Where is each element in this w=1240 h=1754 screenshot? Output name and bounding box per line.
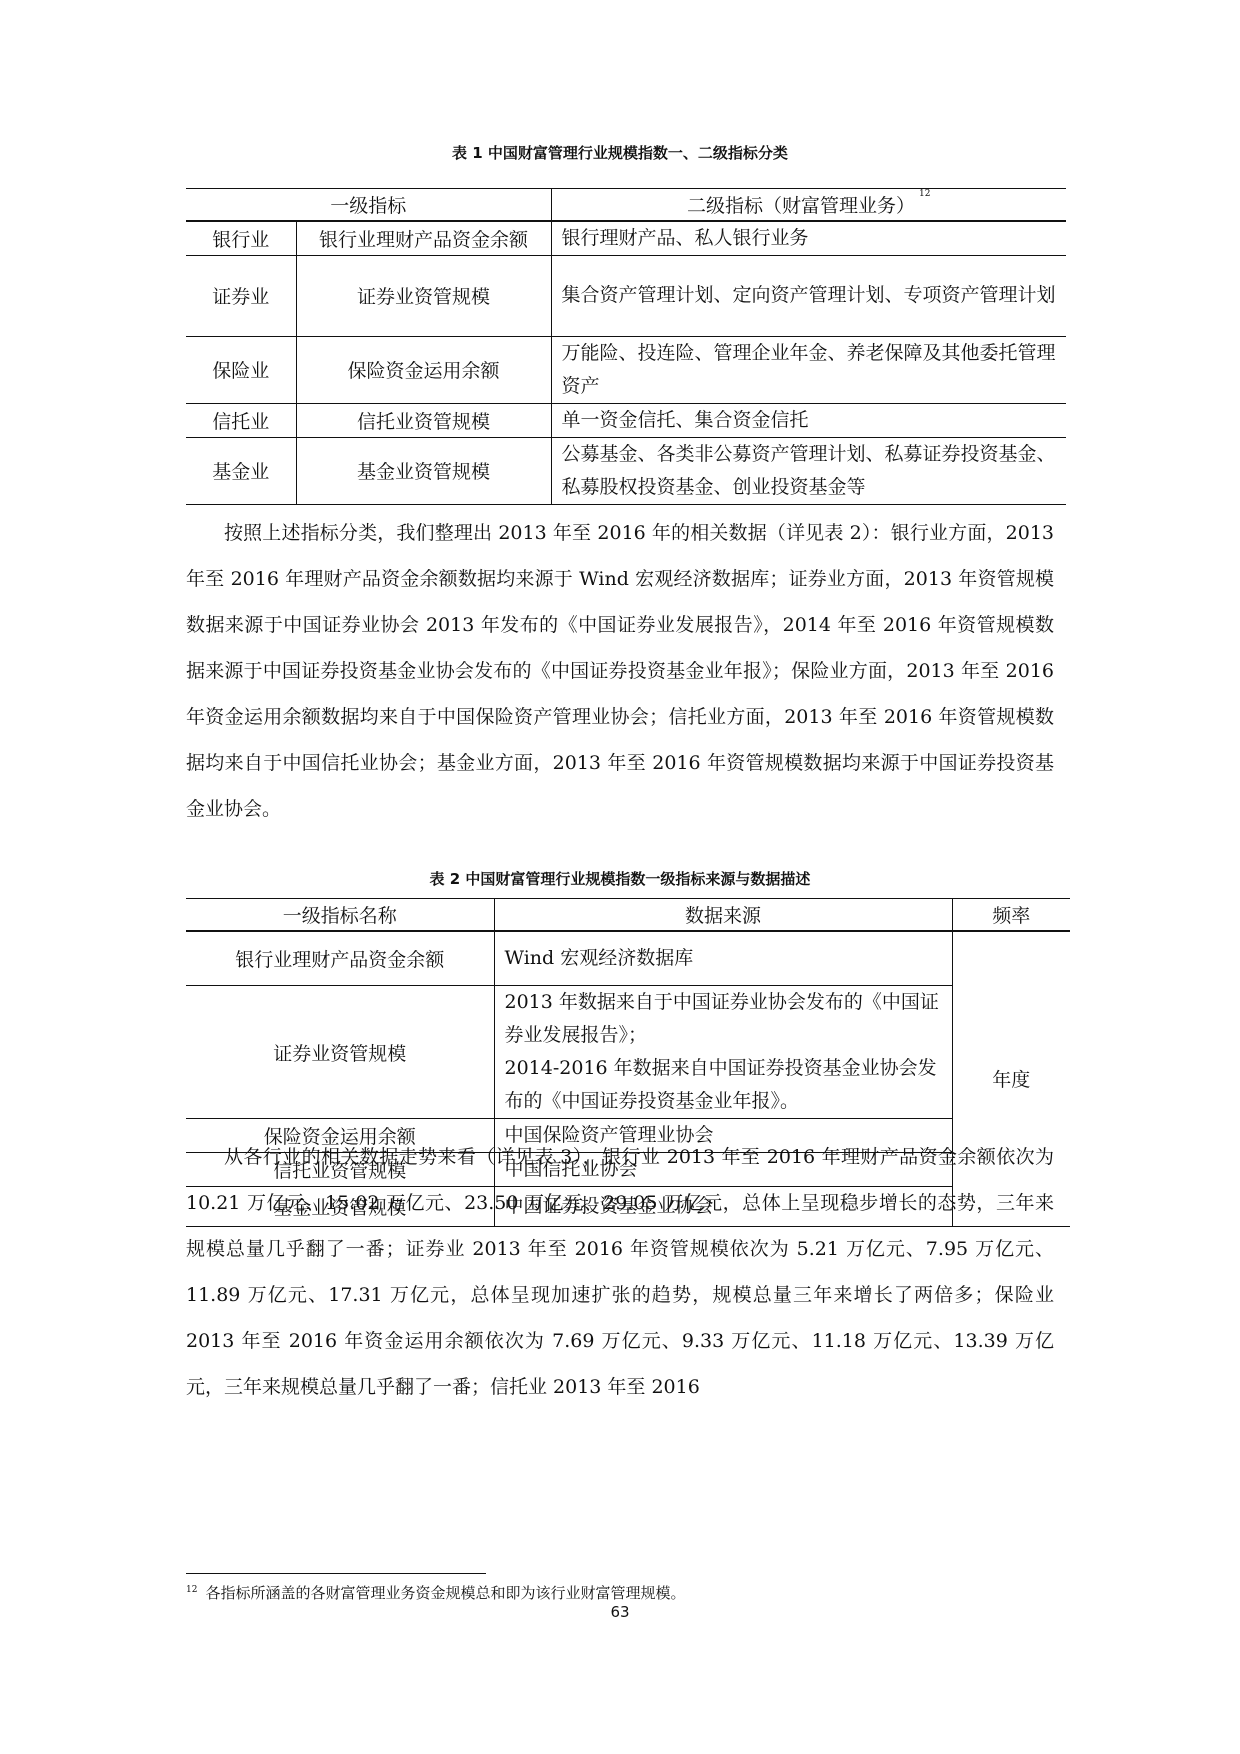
table-row: 银行业 银行业理财产品资金余额 银行理财产品、私人银行业务 (186, 221, 1066, 256)
table-row: 银行业理财产品资金余额 Wind 宏观经济数据库 年度 (186, 931, 1070, 986)
industry-cell: 银行业 (186, 221, 296, 256)
page-number: 63 (0, 1603, 1240, 1621)
industry-cell: 信托业 (186, 403, 296, 437)
source-cell: 2013 年数据来自于中国证券业协会发布的《中国证券业发展报告》； 2014-2… (494, 986, 952, 1119)
table-row: 证券业资管规模 2013 年数据来自于中国证券业协会发布的《中国证券业发展报告》… (186, 986, 1070, 1119)
level1-cell: 证券业资管规模 (296, 255, 551, 336)
indicator-name-cell: 证券业资管规模 (186, 986, 494, 1119)
table-row: 信托业 信托业资管规模 单一资金信托、集合资金信托 (186, 403, 1066, 437)
level2-cell: 公募基金、各类非公募资产管理计划、私募证券投资基金、私募股权投资基金、创业投资基… (551, 437, 1066, 504)
table2-header-name: 一级指标名称 (186, 899, 494, 931)
body-paragraph-2: 从各行业的相关数据走势来看（详见表 3），银行业 2013 年至 2016 年理… (186, 1134, 1054, 1410)
table1-header-level2: 二级指标（财富管理业务）12 (551, 189, 1066, 221)
source-line: 2014-2016 年数据来自中国证券投资基金业协会发布的《中国证券投资基金业年… (505, 1052, 942, 1118)
level2-cell: 单一资金信托、集合资金信托 (551, 403, 1066, 437)
level2-cell: 万能险、投连险、管理企业年金、养老保障及其他委托管理资产 (551, 336, 1066, 403)
level1-cell: 保险资金运用余额 (296, 336, 551, 403)
footnote-text: 各指标所涵盖的各财富管理业务资金规模总和即为该行业财富管理规模。 (205, 1584, 685, 1602)
industry-cell: 基金业 (186, 437, 296, 504)
level1-cell: 银行业理财产品资金余额 (296, 221, 551, 256)
indicator-name-cell: 银行业理财产品资金余额 (186, 931, 494, 986)
footnote-divider (186, 1573, 486, 1574)
table1-header-level2-text: 二级指标（财富管理业务） (687, 195, 915, 217)
table2-header-frequency: 频率 (952, 899, 1070, 931)
source-cell: Wind 宏观经济数据库 (494, 931, 952, 986)
table-row: 基金业 基金业资管规模 公募基金、各类非公募资产管理计划、私募证券投资基金、私募… (186, 437, 1066, 504)
table-row: 证券业 证券业资管规模 集合资产管理计划、定向资产管理计划、专项资产管理计划 (186, 255, 1066, 336)
level2-cell: 集合资产管理计划、定向资产管理计划、专项资产管理计划 (551, 255, 1066, 336)
table1-header-level1: 一级指标 (186, 189, 551, 221)
document-page: 表 1 中国财富管理行业规模指数一、二级指标分类 一级指标 二级指标（财富管理业… (0, 0, 1240, 1754)
table-row: 保险业 保险资金运用余额 万能险、投连险、管理企业年金、养老保障及其他委托管理资… (186, 336, 1066, 403)
footnote: 12各指标所涵盖的各财富管理业务资金规模总和即为该行业财富管理规模。 (186, 1582, 685, 1603)
level1-cell: 基金业资管规模 (296, 437, 551, 504)
table1: 一级指标 二级指标（财富管理业务）12 银行业 银行业理财产品资金余额 银行理财… (186, 188, 1066, 505)
industry-cell: 证券业 (186, 255, 296, 336)
footnote-ref: 12 (919, 189, 930, 199)
body-paragraph-1: 按照上述指标分类，我们整理出 2013 年至 2016 年的相关数据（详见表 2… (186, 510, 1054, 832)
level1-cell: 信托业资管规模 (296, 403, 551, 437)
table2-header-row: 一级指标名称 数据来源 频率 (186, 899, 1070, 931)
source-line: 2013 年数据来自于中国证券业协会发布的《中国证券业发展报告》； (505, 986, 942, 1052)
footnote-number: 12 (186, 1585, 197, 1595)
table2-caption: 表 2 中国财富管理行业规模指数一级指标来源与数据描述 (0, 868, 1240, 889)
industry-cell: 保险业 (186, 336, 296, 403)
table2-header-source: 数据来源 (494, 899, 952, 931)
level2-cell: 银行理财产品、私人银行业务 (551, 221, 1066, 256)
table1-caption: 表 1 中国财富管理行业规模指数一、二级指标分类 (0, 142, 1240, 163)
table1-header-row: 一级指标 二级指标（财富管理业务）12 (186, 189, 1066, 221)
